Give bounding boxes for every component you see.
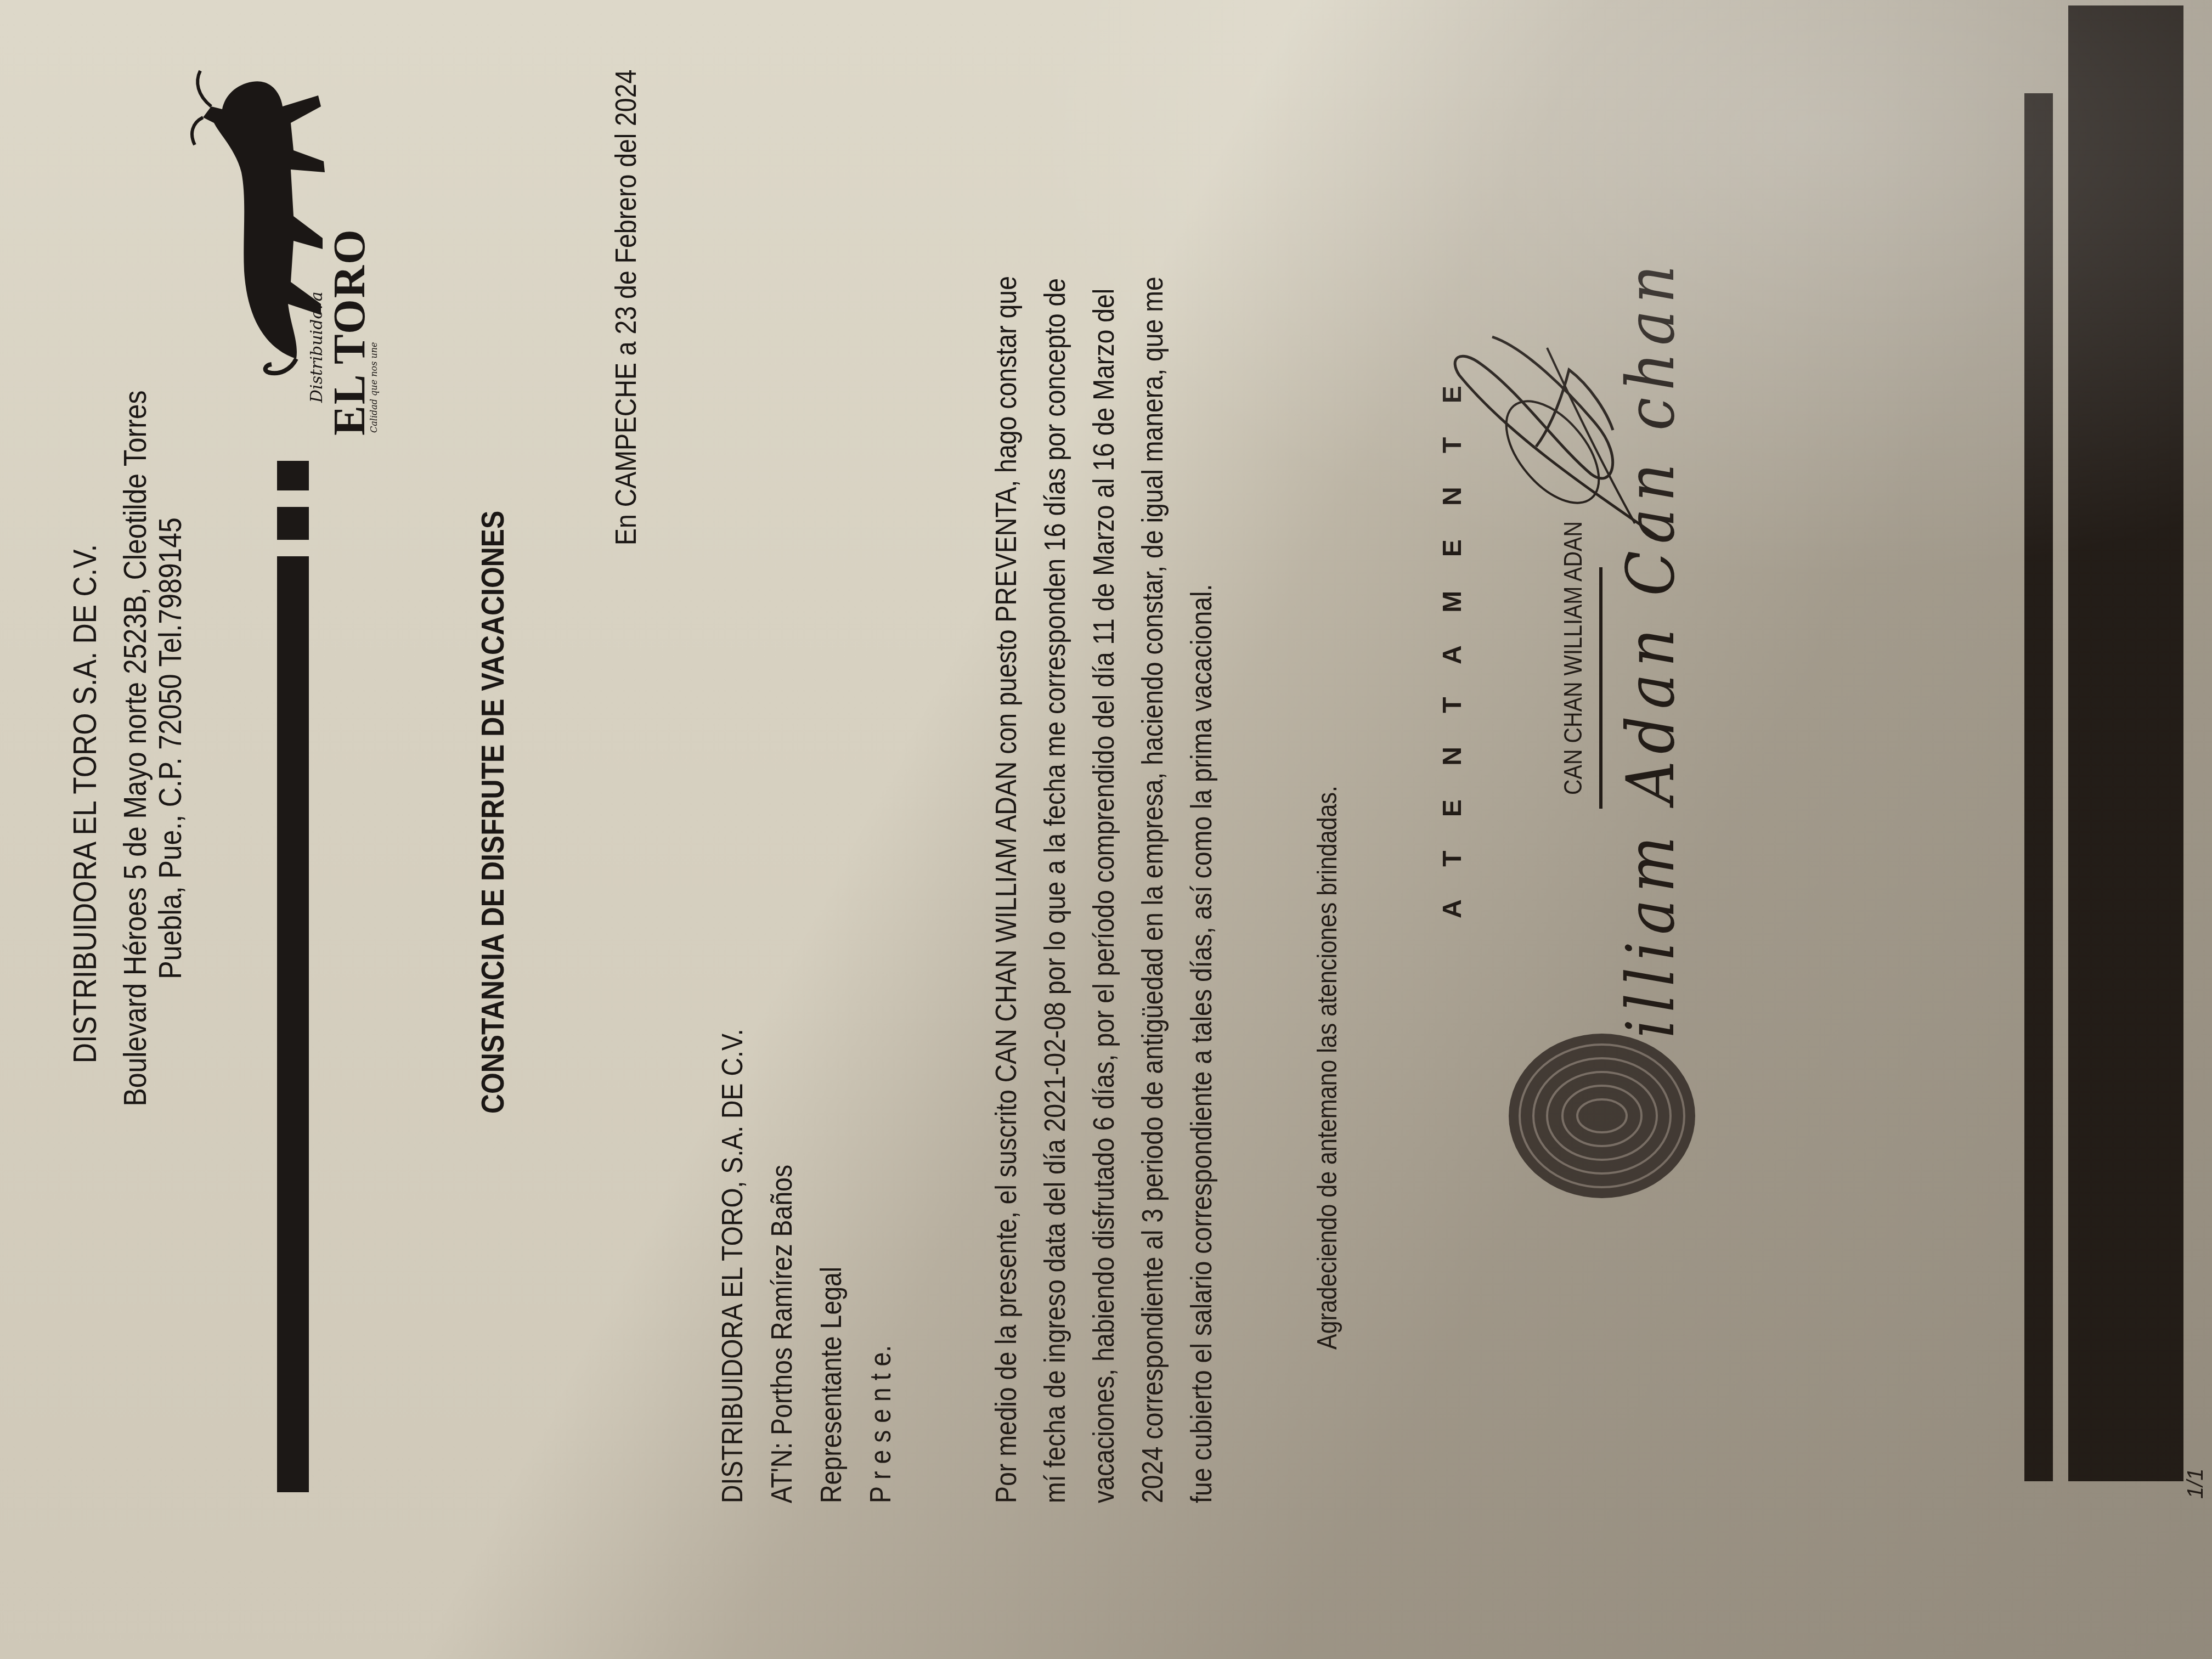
logo-brand: EL TORO [324, 228, 375, 436]
addressee-block: DISTRIBUIDORA EL TORO, S.A. DE C.V. AT'N… [708, 1029, 905, 1503]
addressee-company: DISTRIBUIDORA EL TORO, S.A. DE C.V. [708, 1029, 757, 1503]
page-number: 1/1 [2183, 1468, 2208, 1499]
document-title: CONSTANCIA DE DISFRUTE DE VACACIONES [475, 511, 511, 1114]
place-date: En CAMPECHE a 23 de Febrero del 2024 [609, 70, 643, 545]
addressee-salutation: P r e s e n t e. [856, 1029, 905, 1503]
closing-text: Agradeciendo de antemano las atenciones … [1311, 786, 1343, 1350]
signer-printed-name: CAN CHAN WILLIAM ADAN [1558, 521, 1588, 795]
body-paragraph: Por medio de la presente, el suscrito CA… [982, 267, 1226, 1503]
footer-bar-thick [2068, 5, 2183, 1481]
fingerprint [1503, 1023, 1701, 1209]
letterhead-address: Boulevard Héroes 5 de Mayo norte 2523B, … [118, 324, 188, 1173]
body-line: Por medio de la presente, el suscrito CA… [982, 267, 1031, 1503]
addressee-attention: AT'N: Porthos Ramírez Baños [757, 1029, 806, 1503]
document-photo: DISTRIBUIDORA EL TORO S.A. DE C.V. Boule… [0, 0, 2212, 1659]
header-bar-segment [277, 490, 309, 507]
handwritten-name: William Adan Can chan [1613, 258, 1689, 1105]
logo-tagline: Calidad que nos une [369, 342, 379, 433]
body-line: 2024 correspondiente al 3 periodo de ant… [1128, 267, 1177, 1503]
body-line: vacaciones, habiendo disfrutado 6 días, … [1080, 267, 1128, 1503]
addressee-role: Representante Legal [806, 1029, 856, 1503]
letterhead-address-line2: Puebla, Pue., C.P. 72050 Tel.7989145 [153, 324, 188, 1173]
letterhead-company: DISTRIBUIDORA EL TORO S.A. DE C.V. [66, 497, 104, 1110]
footer-bar-thin [2024, 93, 2053, 1481]
body-line: fue cubierto el salario correspondiente … [1177, 267, 1226, 1503]
header-bar [277, 461, 309, 1492]
signature-line [1599, 567, 1602, 809]
body-line: mí fecha de ingreso data del día 2021-02… [1031, 267, 1080, 1503]
letter-page: DISTRIBUIDORA EL TORO S.A. DE C.V. Boule… [0, 0, 2212, 1659]
letterhead-address-line1: Boulevard Héroes 5 de Mayo norte 2523B, … [118, 324, 153, 1173]
header-bar-segment [277, 540, 309, 556]
